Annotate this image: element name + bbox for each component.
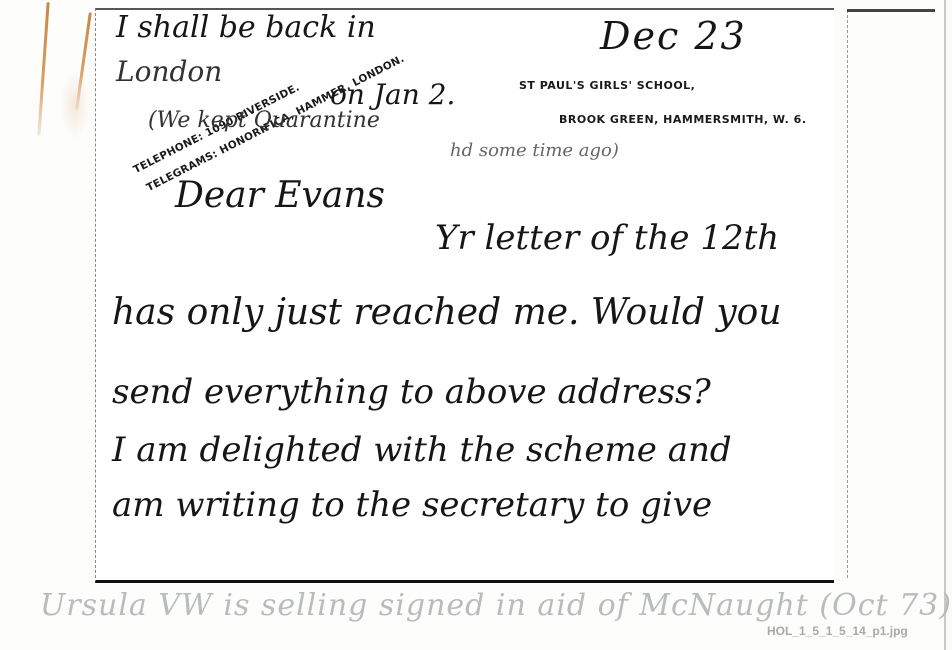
body-line: has only just reached me. Would you <box>112 292 782 333</box>
body-line: send everything to above address? <box>112 372 711 412</box>
body-line: I am delighted with the scheme and <box>112 430 732 470</box>
postscript-line: London <box>116 55 222 88</box>
body-line: Yr letter of the 12th <box>435 218 779 258</box>
letterhead-school: ST PAUL'S GIRLS' SCHOOL, <box>519 79 695 92</box>
postscript-line: (We kept Quarantine <box>148 108 380 133</box>
letterhead-address: BROOK GREEN, HAMMERSMITH, W. 6. <box>559 113 807 126</box>
letter-greeting: Dear Evans <box>175 175 385 216</box>
card-edge-shadow <box>847 9 935 12</box>
card-edge <box>847 10 849 578</box>
postscript-line: I shall be back in <box>116 10 376 45</box>
postscript-line: hd some time ago) <box>450 140 619 161</box>
archival-pencil-note: Ursula VW is selling signed in aid of Mc… <box>40 588 952 623</box>
body-line: am writing to the secretary to give <box>112 485 712 525</box>
mount-sheet: ST PAUL'S GIRLS' SCHOOL, BROOK GREEN, HA… <box>0 0 946 650</box>
filename-label: HOL_1_5_1_5_14_p1.jpg <box>767 624 908 638</box>
postscript-line: on Jan 2. <box>330 78 455 111</box>
rust-stain <box>37 2 49 136</box>
handwritten-date: Dec 23 <box>600 14 747 58</box>
stain-smudge <box>60 70 90 140</box>
